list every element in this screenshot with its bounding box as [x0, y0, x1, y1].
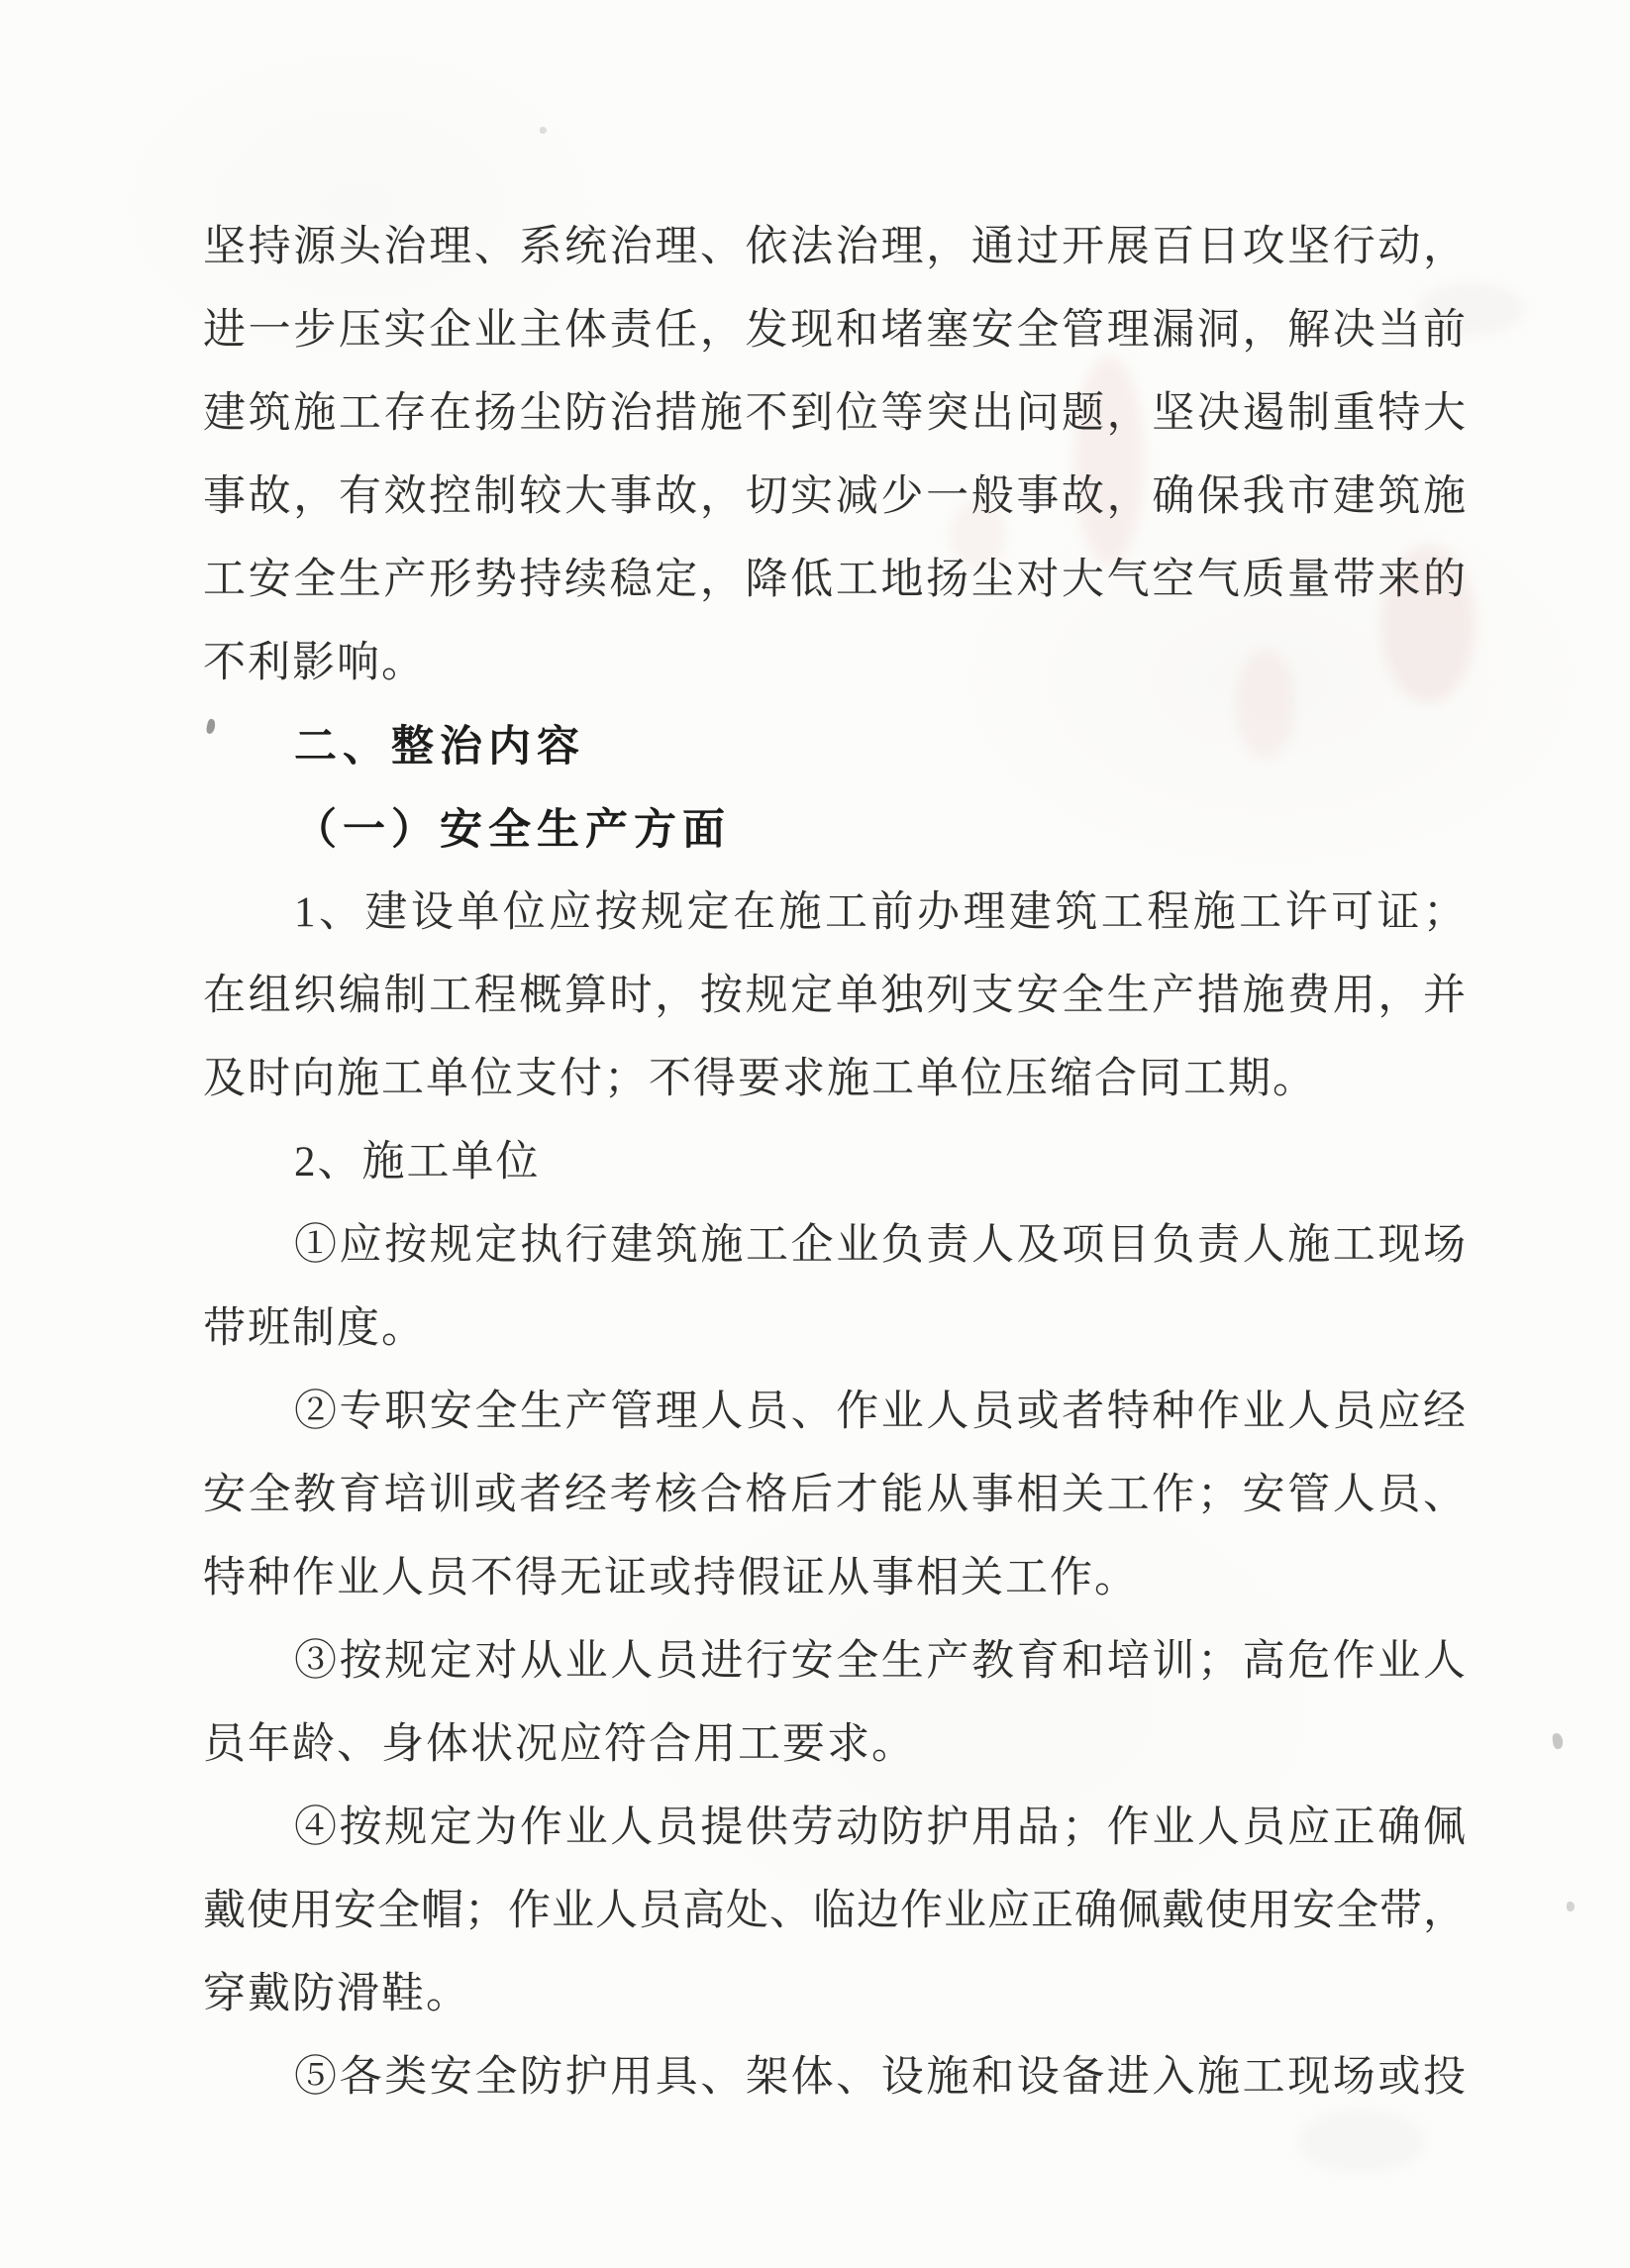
text-line: 戴使用安全帽；作业人员高处、临边作业应正确佩戴使用安全带，: [203, 1870, 1466, 1953]
text-line: 2、施工单位: [203, 1121, 1466, 1204]
scan-speck: [540, 127, 547, 134]
text-line: 事故，有效控制较大事故，切实减少一般事故，确保我市建筑施: [203, 456, 1466, 539]
heading-line: 二、整治内容: [203, 705, 1466, 788]
text-line: ②专职安全生产管理人员、作业人员或者特种作业人员应经: [203, 1371, 1466, 1454]
text-line: 特种作业人员不得无证或持假证从事相关工作。: [203, 1537, 1466, 1620]
text-line: 及时向施工单位支付；不得要求施工单位压缩合同工期。: [203, 1038, 1466, 1121]
text-line: ④按规定为作业人员提供劳动防护用品；作业人员应正确佩: [203, 1787, 1466, 1870]
text-line: ③按规定对从业人员进行安全生产教育和培训；高危作业人: [203, 1620, 1466, 1703]
text-line: 安全教育培训或者经考核合格后才能从事相关工作；安管人员、: [203, 1454, 1466, 1537]
text-line: ⑤各类安全防护用具、架体、设施和设备进入施工现场或投: [203, 2036, 1466, 2119]
text-line: 工安全生产形势持续稳定，降低工地扬尘对大气空气质量带来的: [203, 539, 1466, 622]
scan-speck: [1567, 1902, 1575, 1911]
text-line: 在组织编制工程概算时，按规定单独列支安全生产措施费用，并: [203, 955, 1466, 1038]
text-line: 1、建设单位应按规定在施工前办理建筑工程施工许可证；: [203, 872, 1466, 955]
text-line: 不利影响。: [203, 622, 1466, 705]
text-line: 建筑施工存在扬尘防治措施不到位等突出问题，坚决遏制重特大: [203, 372, 1466, 456]
text-line: 坚持源头治理、系统治理、依法治理，通过开展百日攻坚行动，: [203, 206, 1466, 289]
heading-line: （一）安全生产方面: [203, 788, 1466, 872]
text-line: 穿戴防滑鞋。: [203, 1953, 1466, 2036]
document-text-block: 坚持源头治理、系统治理、依法治理，通过开展百日攻坚行动，进一步压实企业主体责任，…: [203, 206, 1466, 2119]
scan-speck: [1552, 1732, 1564, 1749]
text-line: ①应按规定执行建筑施工企业负责人及项目负责人施工现场: [203, 1204, 1466, 1288]
scanned-document-page: 坚持源头治理、系统治理、依法治理，通过开展百日攻坚行动，进一步压实企业主体责任，…: [0, 0, 1630, 2268]
text-line: 进一步压实企业主体责任，发现和堵塞安全管理漏洞，解决当前: [203, 289, 1466, 372]
text-line: 带班制度。: [203, 1288, 1466, 1371]
text-line: 员年龄、身体状况应符合用工要求。: [203, 1703, 1466, 1787]
